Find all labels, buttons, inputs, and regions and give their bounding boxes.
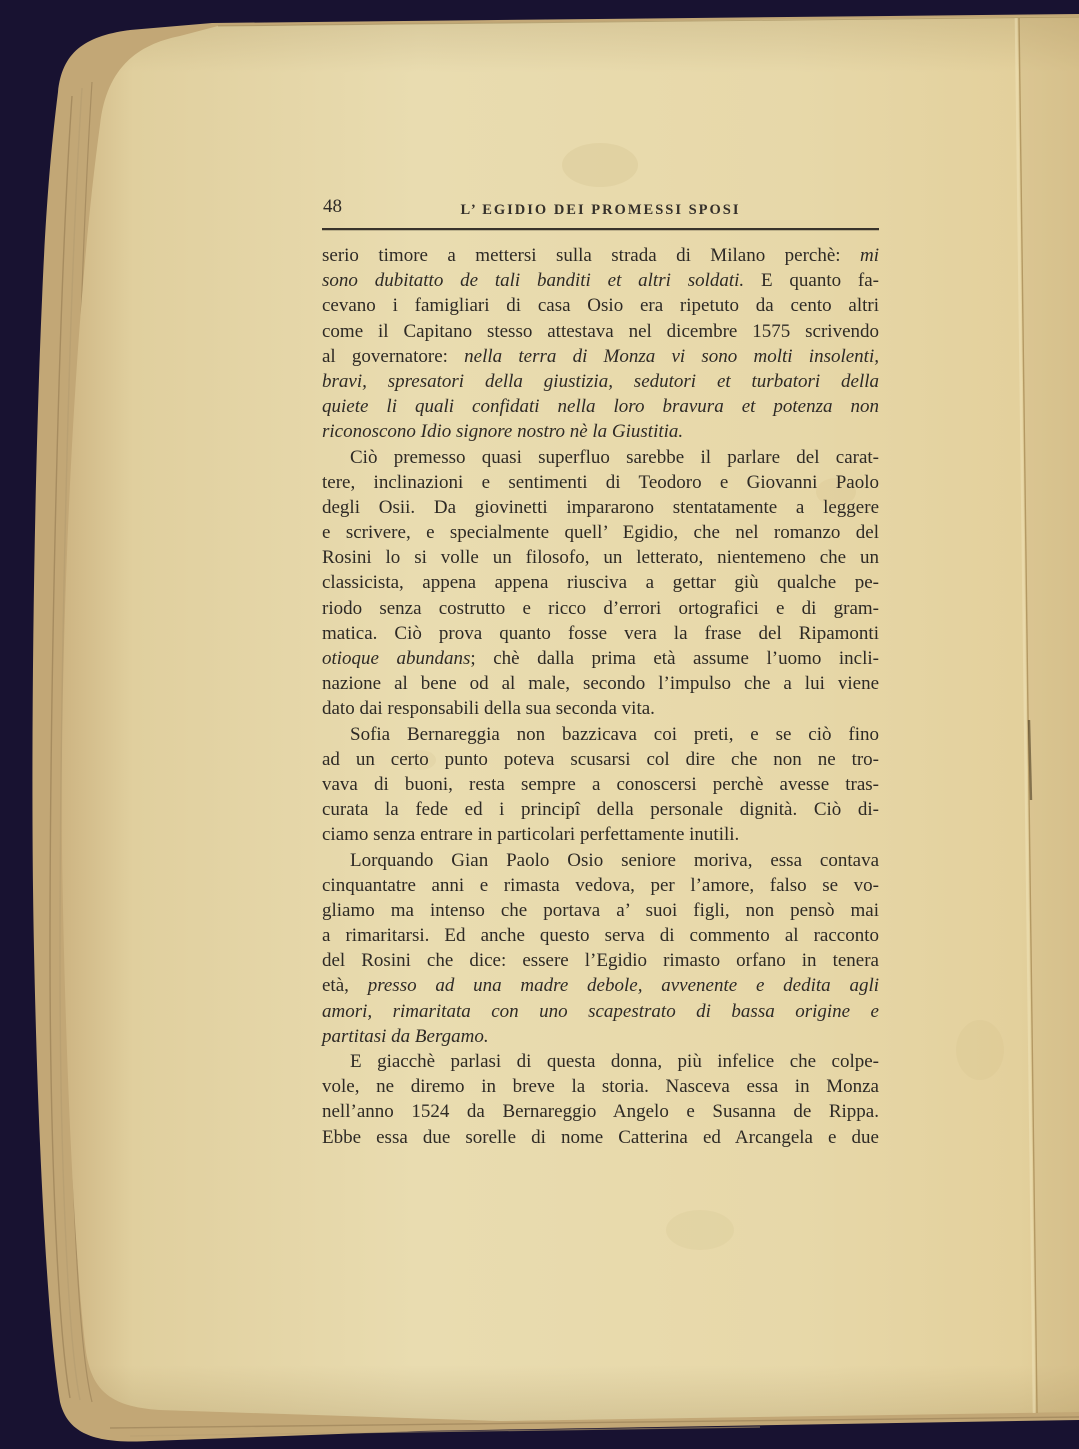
text-segment: presso ad una madre debole, avvenente e …: [368, 975, 879, 996]
text-segment: Sofia Bernareggia non bazzicava coi pret…: [350, 724, 879, 745]
text-segment: mi: [860, 245, 879, 266]
paper-stain-3: [666, 1210, 734, 1250]
printed-page-content: 48 L’ EGIDIO DEI PROMESSI SPOSI serio ti…: [322, 196, 879, 1150]
text-line: matica. Ciò prova quanto fosse vera la f…: [322, 621, 879, 646]
text-segment: a rimaritarsi. Ed anche questo serva di …: [322, 925, 879, 946]
book-scan: { "colors": { "background": "#181231", "…: [0, 0, 1079, 1449]
text-segment: amori, rimaritata con uno scapestrato di…: [322, 1001, 879, 1022]
page-body-lines: serio timore a mettersi sulla strada di …: [322, 243, 879, 1150]
page-number: 48: [323, 196, 342, 218]
text-segment: al governatore:: [322, 346, 464, 367]
text-line: degli Osii. Da giovinetti impararono ste…: [322, 495, 879, 520]
paper-stain-1: [562, 143, 638, 187]
text-line: vole, ne diremo in breve la storia. Nasc…: [322, 1074, 879, 1099]
text-segment: sono dubitatto de tali banditi et altri …: [322, 270, 744, 291]
text-line: sono dubitatto de tali banditi et altri …: [322, 268, 879, 293]
header-rule: [322, 228, 879, 230]
text-segment: Ciò premesso quasi superfluo sarebbe il …: [350, 447, 879, 468]
text-segment: cevano i famigliari di casa Osio era rip…: [322, 295, 879, 316]
text-segment: Lorquando Gian Paolo Osio seniore moriva…: [350, 850, 879, 871]
text-line: come il Capitano stesso attestava nel di…: [322, 319, 879, 344]
text-line: quiete li quali confidati nella loro bra…: [322, 394, 879, 419]
text-line: a rimaritarsi. Ed anche questo serva di …: [322, 923, 879, 948]
paper-stain-5: [956, 1020, 1004, 1080]
text-segment: come il Capitano stesso attestava nel di…: [322, 321, 879, 342]
text-segment: del Rosini che dice: essere l’Egidio rim…: [322, 950, 879, 971]
text-segment: partitasi da Bergamo.: [322, 1026, 489, 1047]
text-segment: degli Osii. Da giovinetti impararono ste…: [322, 497, 879, 518]
text-segment: serio timore a mettersi sulla strada di …: [322, 245, 860, 266]
text-segment: ad un certo punto poteva scusarsi col di…: [322, 749, 879, 770]
text-line: Ciò premesso quasi superfluo sarebbe il …: [322, 445, 879, 470]
text-line: classicista, appena appena riusciva a ge…: [322, 570, 879, 595]
text-segment: nella terra di Monza vi sono molti insol…: [464, 346, 879, 367]
text-segment: vava di buoni, resta sempre a conoscersi…: [322, 774, 879, 795]
text-segment: riodo senza costrutto e ricco d’errori o…: [322, 598, 879, 619]
text-segment: matica. Ciò prova quanto fosse vera la f…: [322, 623, 879, 644]
text-segment: dato dai responsabili della sua seconda …: [322, 698, 655, 719]
text-line: Lorquando Gian Paolo Osio seniore moriva…: [322, 848, 879, 873]
text-segment: quiete li quali confidati nella loro bra…: [322, 396, 879, 417]
text-line: bravi, spresatori della giustizia, sedut…: [322, 369, 879, 394]
text-segment: gliamo ma intenso che portava a’ suoi fi…: [322, 900, 879, 921]
text-segment: ciamo senza entrare in particolari perfe…: [322, 824, 739, 845]
text-line: gliamo ma intenso che portava a’ suoi fi…: [322, 898, 879, 923]
text-line: ad un certo punto poteva scusarsi col di…: [322, 747, 879, 772]
text-line: tere, inclinazioni e sentimenti di Teodo…: [322, 470, 879, 495]
text-line: e scrivere, e specialmente quell’ Egidio…: [322, 520, 879, 545]
text-line: ciamo senza entrare in particolari perfe…: [322, 822, 879, 847]
text-line: vava di buoni, resta sempre a conoscersi…: [322, 772, 879, 797]
text-line: del Rosini che dice: essere l’Egidio rim…: [322, 948, 879, 973]
text-segment: e scrivere, e specialmente quell’ Egidio…: [322, 522, 879, 543]
text-segment: otioque abundans: [322, 648, 470, 669]
text-line: riodo senza costrutto e ricco d’errori o…: [322, 596, 879, 621]
text-segment: nazione al bene od al male, secondo l’im…: [322, 673, 879, 694]
text-line: Ebbe essa due sorelle di nome Catterina …: [322, 1125, 879, 1150]
text-line: Sofia Bernareggia non bazzicava coi pret…: [322, 722, 879, 747]
text-segment: Ebbe essa due sorelle di nome Catterina …: [322, 1127, 879, 1148]
text-segment: classicista, appena appena riusciva a ge…: [322, 572, 879, 593]
text-line: Rosini lo si volle un filosofo, un lette…: [322, 545, 879, 570]
text-line: età, presso ad una madre debole, avvenen…: [322, 973, 879, 998]
text-segment: ; chè dalla prima età assume l’uomo incl…: [470, 648, 879, 669]
text-line: otioque abundans; chè dalla prima età as…: [322, 646, 879, 671]
text-line: dato dai responsabili della sua seconda …: [322, 696, 879, 721]
running-title: L’ EGIDIO DEI PROMESSI SPOSI: [322, 196, 879, 221]
text-segment: riconoscono Idio signore nostro nè la Gi…: [322, 421, 683, 442]
text-line: cinquantatre anni e rimasta vedova, per …: [322, 873, 879, 898]
text-segment: età,: [322, 975, 368, 996]
text-segment: nell’anno 1524 da Bernareggio Angelo e S…: [322, 1101, 879, 1122]
text-segment: cinquantatre anni e rimasta vedova, per …: [322, 875, 879, 896]
text-segment: bravi, spresatori della giustizia, sedut…: [322, 371, 879, 392]
text-line: nazione al bene od al male, secondo l’im…: [322, 671, 879, 696]
text-line: riconoscono Idio signore nostro nè la Gi…: [322, 419, 879, 444]
text-line: cevano i famigliari di casa Osio era rip…: [322, 293, 879, 318]
text-line: al governatore: nella terra di Monza vi …: [322, 344, 879, 369]
text-segment: curata la fede ed i principî della perso…: [322, 799, 879, 820]
page-header: 48 L’ EGIDIO DEI PROMESSI SPOSI: [322, 196, 879, 223]
text-line: amori, rimaritata con uno scapestrato di…: [322, 999, 879, 1024]
text-line: curata la fede ed i principî della perso…: [322, 797, 879, 822]
text-line: partitasi da Bergamo.: [322, 1024, 879, 1049]
text-segment: E quanto fa-: [744, 270, 879, 291]
text-segment: Rosini lo si volle un filosofo, un lette…: [322, 547, 879, 568]
text-segment: tere, inclinazioni e sentimenti di Teodo…: [322, 472, 879, 493]
text-segment: E giacchè parlasi di questa donna, più i…: [350, 1051, 879, 1072]
text-line: E giacchè parlasi di questa donna, più i…: [322, 1049, 879, 1074]
text-line: nell’anno 1524 da Bernareggio Angelo e S…: [322, 1099, 879, 1124]
text-line: serio timore a mettersi sulla strada di …: [322, 243, 879, 268]
text-segment: vole, ne diremo in breve la storia. Nasc…: [322, 1076, 879, 1097]
